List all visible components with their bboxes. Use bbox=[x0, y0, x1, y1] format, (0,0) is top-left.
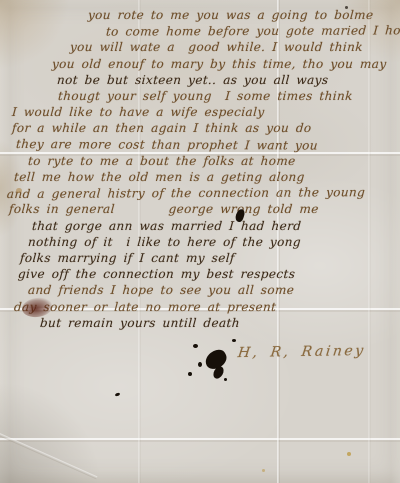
letter-line: that gorge ann was married I had herd bbox=[31, 218, 400, 234]
ink-blot bbox=[193, 344, 198, 348]
ink-blot bbox=[232, 339, 236, 342]
foxing-spot bbox=[262, 469, 265, 472]
letter-line: but remain yours untill death bbox=[39, 315, 400, 331]
letter-line: folks marrying if I cant my self bbox=[19, 250, 400, 266]
letter-line: thougt your self young I some times thin… bbox=[57, 88, 400, 104]
letter-line: I would like to have a wife especialy bbox=[11, 104, 400, 120]
letter-line: you will wate a good while. I would thin… bbox=[69, 39, 400, 55]
letter-line: you rote to me you was a going to bolme bbox=[87, 7, 400, 23]
letter-line: you old enouf to mary by this time, tho … bbox=[51, 56, 400, 72]
letter-line: and a general histry of the connection a… bbox=[6, 184, 400, 202]
scanned-letter-page: you rote to me you was a going to bolme … bbox=[0, 0, 400, 483]
signature: H, R, Rainey bbox=[237, 343, 367, 361]
letter-line: nothing of it i like to here of the yong bbox=[27, 234, 400, 250]
letter-line: tell me how the old men is a geting alon… bbox=[13, 169, 400, 185]
letter-body: you rote to me you was a going to bolme … bbox=[0, 7, 400, 331]
letter-line: they are more cost than prophet I want y… bbox=[15, 136, 400, 154]
ink-blot bbox=[198, 362, 202, 367]
fold-crease-horizontal-bottom bbox=[0, 438, 400, 442]
ink-blot bbox=[188, 372, 192, 376]
ink-blot bbox=[211, 365, 225, 381]
ink-speck bbox=[115, 392, 121, 397]
ink-blot bbox=[224, 378, 227, 381]
letter-line: give off the connection my best respects bbox=[17, 266, 400, 282]
letter-line: for a while an then again I think as you… bbox=[11, 120, 400, 136]
ink-blot bbox=[202, 347, 229, 372]
corner-fold-crease bbox=[0, 428, 97, 480]
foxing-spot bbox=[347, 452, 351, 456]
letter-line: not be but sixteen yet.. as you all ways bbox=[56, 72, 400, 88]
letter-line: and friends I hope to see you all some bbox=[27, 282, 400, 298]
letter-line: to come home before you gote maried I ho… bbox=[105, 23, 400, 40]
letter-line: to ryte to me a bout the folks at home bbox=[27, 153, 400, 169]
letter-line: folks in general george wrong told me bbox=[8, 201, 400, 217]
letter-line: day sooner or late no more at present bbox=[13, 299, 400, 315]
